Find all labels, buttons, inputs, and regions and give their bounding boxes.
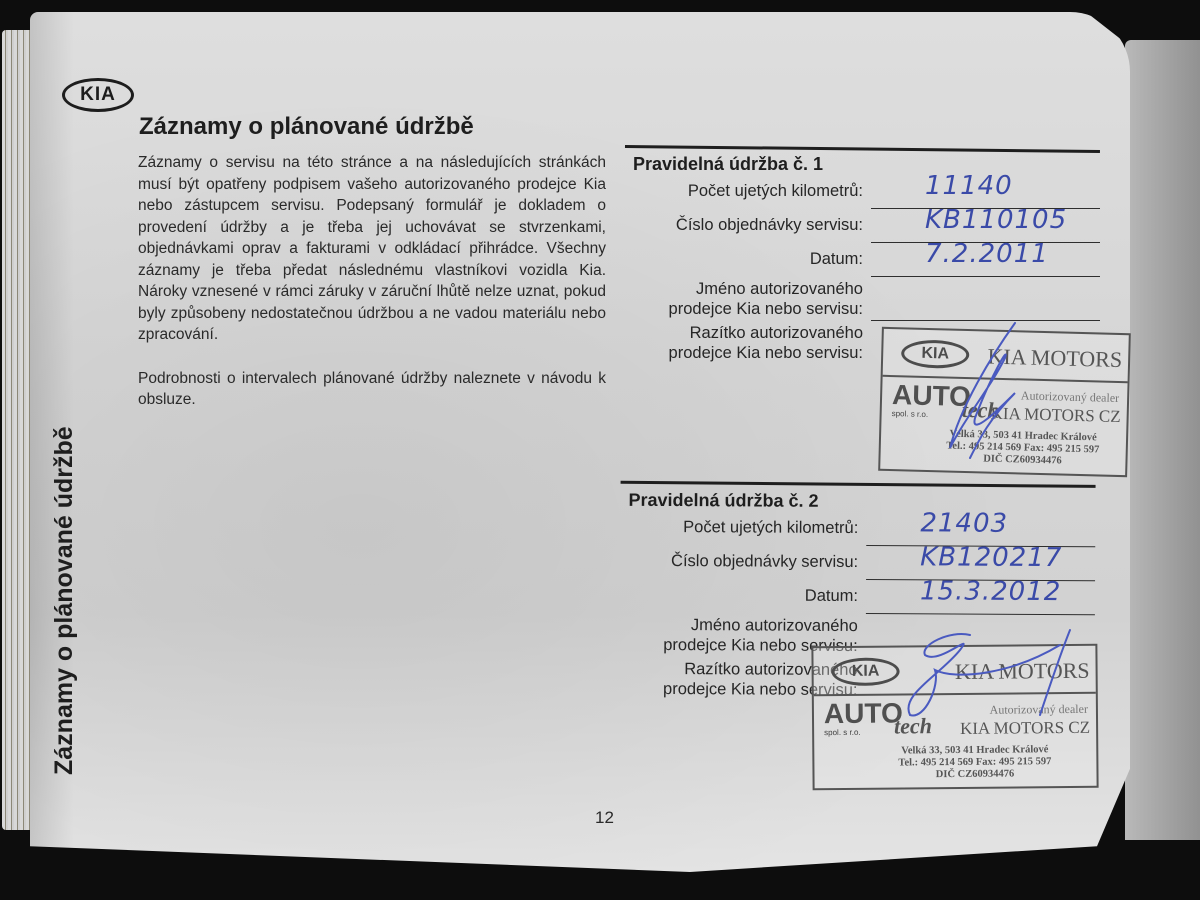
- km-label: Počet ujetých kilometrů:: [683, 517, 858, 538]
- section-rule: [625, 145, 1100, 153]
- dealer-stamp-1: KIA KIA MOTORS AUTO spol. s r.o. tech Au…: [878, 327, 1131, 477]
- order-value: KB120217: [920, 542, 1062, 573]
- stamp-spol: spol. s r.o.: [824, 728, 861, 737]
- stamp-kia-motors-cz: KIA MOTORS CZ: [960, 718, 1090, 739]
- order-label: Číslo objednávky servisu:: [676, 215, 863, 235]
- order-field[interactable]: Číslo objednávky servisu: KB110105: [625, 209, 1095, 243]
- stamp-kia-logo: KIA: [831, 657, 899, 686]
- stamp-auto: AUTO: [892, 379, 972, 413]
- dealer-stamp-2: KIA KIA MOTORS AUTO spol. s r.o. tech Au…: [811, 644, 1098, 790]
- intro-paragraph: Záznamy o servisu na této stránce a na n…: [138, 152, 606, 346]
- record-title: Pravidelná údržba č. 1: [633, 154, 1095, 175]
- dealer-name-label-line2: prodejce Kia nebo servisu:: [669, 300, 863, 318]
- stamp-divider: [814, 692, 1096, 696]
- order-field[interactable]: Číslo objednávky servisu: KB120217: [620, 545, 1090, 581]
- page-number: 12: [595, 808, 614, 828]
- stamp-address: Velká 33, 503 41 Hradec Králové Tel.: 49…: [925, 428, 1120, 469]
- page-title: Záznamy o plánované údržbě: [139, 113, 474, 141]
- next-page-edge: [1125, 40, 1200, 840]
- stamp-spol: spol. s r.o.: [892, 409, 929, 419]
- side-title: Záznamy o plánované údržbě: [50, 426, 79, 775]
- order-label: Číslo objednávky servisu:: [671, 551, 858, 572]
- km-value: 21403: [920, 508, 1008, 538]
- km-label: Počet ujetých kilometrů:: [688, 181, 863, 201]
- dealer-name-label: Jméno autorizovaného prodejce Kia nebo s…: [669, 279, 863, 319]
- kia-logo: KIA: [62, 78, 134, 112]
- stamp-authorized: Autorizovaný dealer: [1021, 388, 1120, 406]
- intro-text: Záznamy o servisu na této stránce a na n…: [138, 152, 606, 433]
- km-field[interactable]: Počet ujetých kilometrů: 11140: [625, 175, 1095, 209]
- interval-note: Podrobnosti o intervalech plánované údrž…: [138, 368, 606, 411]
- date-value: 7.2.2011: [925, 239, 1049, 269]
- dealer-stamp-label: Razítko autorizovaného prodejce Kia nebo…: [669, 323, 863, 363]
- record-title: Pravidelná údržba č. 2: [628, 490, 1090, 513]
- dealer-name-label-line1: Jméno autorizovaného: [691, 616, 858, 635]
- stamp-kia-motors: KIA MOTORS: [987, 344, 1122, 374]
- order-value: KB110105: [925, 205, 1067, 235]
- stamp-kia-motors: KIA MOTORS: [955, 658, 1090, 685]
- date-value: 15.3.2012: [920, 576, 1061, 607]
- stamp-authorized: Autorizovaný dealer: [990, 702, 1088, 718]
- km-field[interactable]: Počet ujetých kilometrů: 21403: [620, 511, 1090, 547]
- date-label: Datum:: [810, 249, 863, 269]
- stamp-kia-motors-cz: KIA MOTORS CZ: [990, 404, 1121, 427]
- dealer-name-label-line1: Jméno autorizovaného: [696, 280, 863, 298]
- dealer-stamp-label-line1: Razítko autorizovaného: [690, 324, 863, 342]
- stamp-tech: tech: [894, 713, 932, 739]
- stamp-address: Velká 33, 503 41 Hradec Králové Tel.: 49…: [859, 744, 1090, 782]
- date-label: Datum:: [805, 586, 858, 606]
- km-value: 11140: [925, 171, 1013, 201]
- dealer-stamp-label-line2: prodejce Kia nebo servisu:: [669, 344, 863, 362]
- stamp-kia-logo: KIA: [901, 339, 970, 369]
- dealer-name-field[interactable]: Jméno autorizovaného prodejce Kia nebo s…: [625, 277, 1095, 321]
- date-field[interactable]: Datum: 15.3.2012: [620, 579, 1090, 615]
- date-field[interactable]: Datum: 7.2.2011: [625, 243, 1095, 277]
- stamp-dic: DIČ CZ60934476: [859, 768, 1090, 782]
- stamp-auto: AUTO: [824, 697, 903, 730]
